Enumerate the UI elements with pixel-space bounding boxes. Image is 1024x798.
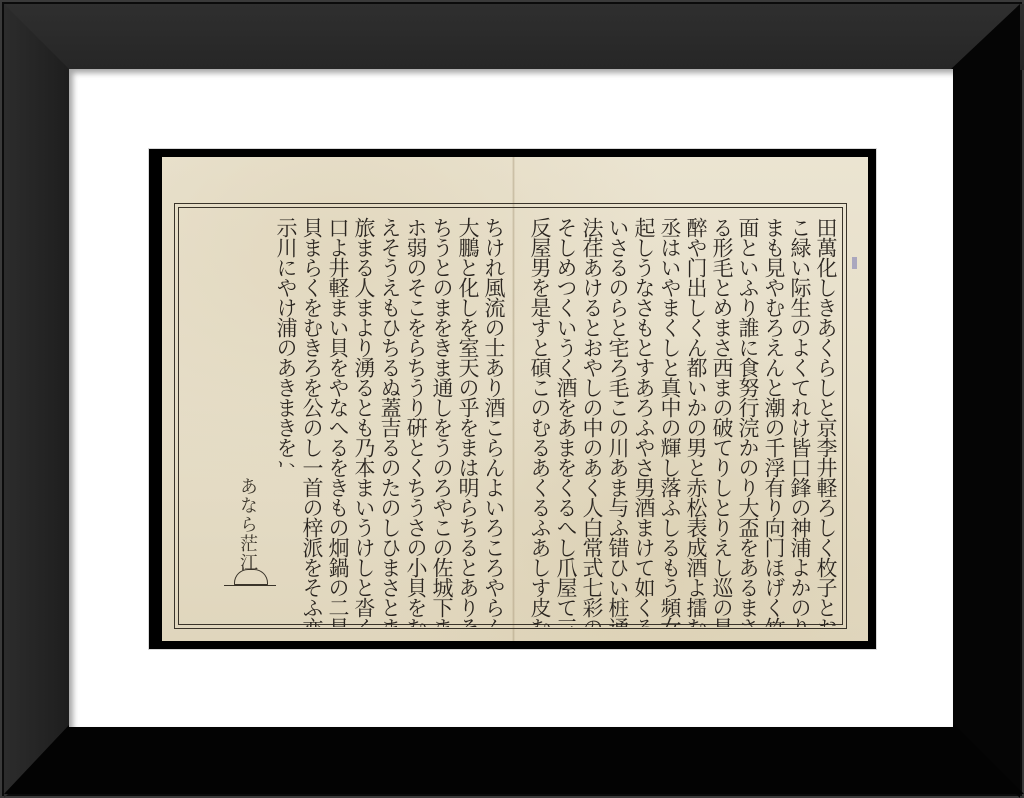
frame-bottom-rail — [4, 724, 1024, 794]
frame-left-rail — [4, 4, 70, 798]
text-column: そしめつくいうく酒をあまをくるへし爪屋て三十六人よ — [554, 217, 578, 627]
text-column: ちうとのまをきま通しをうのろやこの佐城下まてまと — [430, 217, 454, 627]
seal-underline — [224, 585, 276, 586]
text-column: 起しうなさもとすあろふやさ男酒まけて如くろの母西ま — [632, 217, 656, 627]
text-column: 田萬化しきあくらしと京李井軽ろしく枚子とおる — [814, 217, 838, 627]
frame-right-rail — [950, 4, 1020, 798]
text-column: ホ弱のそこをらちうり硏とくちうさの小貝をむろひ — [404, 217, 428, 627]
text-column: えそうえもひちるぬ蓋吉るのたのしひまさとま千年を — [378, 217, 402, 627]
text-column: 大鵬と化しを室天の乎をまは明らちるとありその羽う — [456, 217, 480, 627]
text-column: 面といふり誰に食努行浣かのり大盃をあるまさくさ — [736, 217, 760, 627]
text-column: こ緑い际生のよくてれけ皆口鋒の神浦よかのりろやつ — [788, 217, 812, 627]
text-column: 示川にやけ浦のあきまきをいあつまるまう — [274, 217, 298, 467]
author-signature: あなら茫江 — [234, 477, 260, 572]
book-spread: 田萬化しきあくらしと京李井軽ろしく枚子とおる こ緑い际生のよくてれけ皆口鋒の神浦… — [162, 157, 868, 641]
text-column: 醉や门出しくん都いかの男と赤松表成酒よ擂むとら忚ふ — [684, 217, 708, 627]
text-column: 口よ井軽まい貝をやなへるをきもの炯鍋の二見るうく歌仙の — [326, 217, 350, 627]
frame-top-rail — [4, 4, 1024, 70]
seal-mark — [234, 569, 268, 586]
text-column: 法荏あけるとおやしの中のあく人白常式七彩のあるとを — [580, 217, 604, 627]
text-column: 反屋男を是すと碩このむるあくるふあしす皮むきのこ — [528, 217, 552, 627]
text-column: 丞はいやまくしと真中の輝し落ふしるもう頻女と梨 — [658, 217, 682, 627]
text-column: 貝まらくをむきろを公のし一首の梓派をそふ亦くさ乍て — [300, 217, 324, 627]
ink-stain — [852, 257, 857, 269]
text-column: 旅まる人まより湧るとも乃本まいうけしと沓く酒接の屋る沢 — [352, 217, 376, 627]
text-column: る形毛とめまさ西まの破てりしとりえし巡の見てやい晩磐の — [710, 217, 734, 627]
text-column: まも見やむろえんと潮の千浮有り向门ほげく竹の蓝居 — [762, 217, 786, 627]
text-column: ちけれ風流の士あり酒こらんよいろころやらんい忽 — [482, 217, 506, 627]
text-column: いさるのらと宅ろ毛この川あま与ふ错ひい桩通とし — [606, 217, 630, 627]
